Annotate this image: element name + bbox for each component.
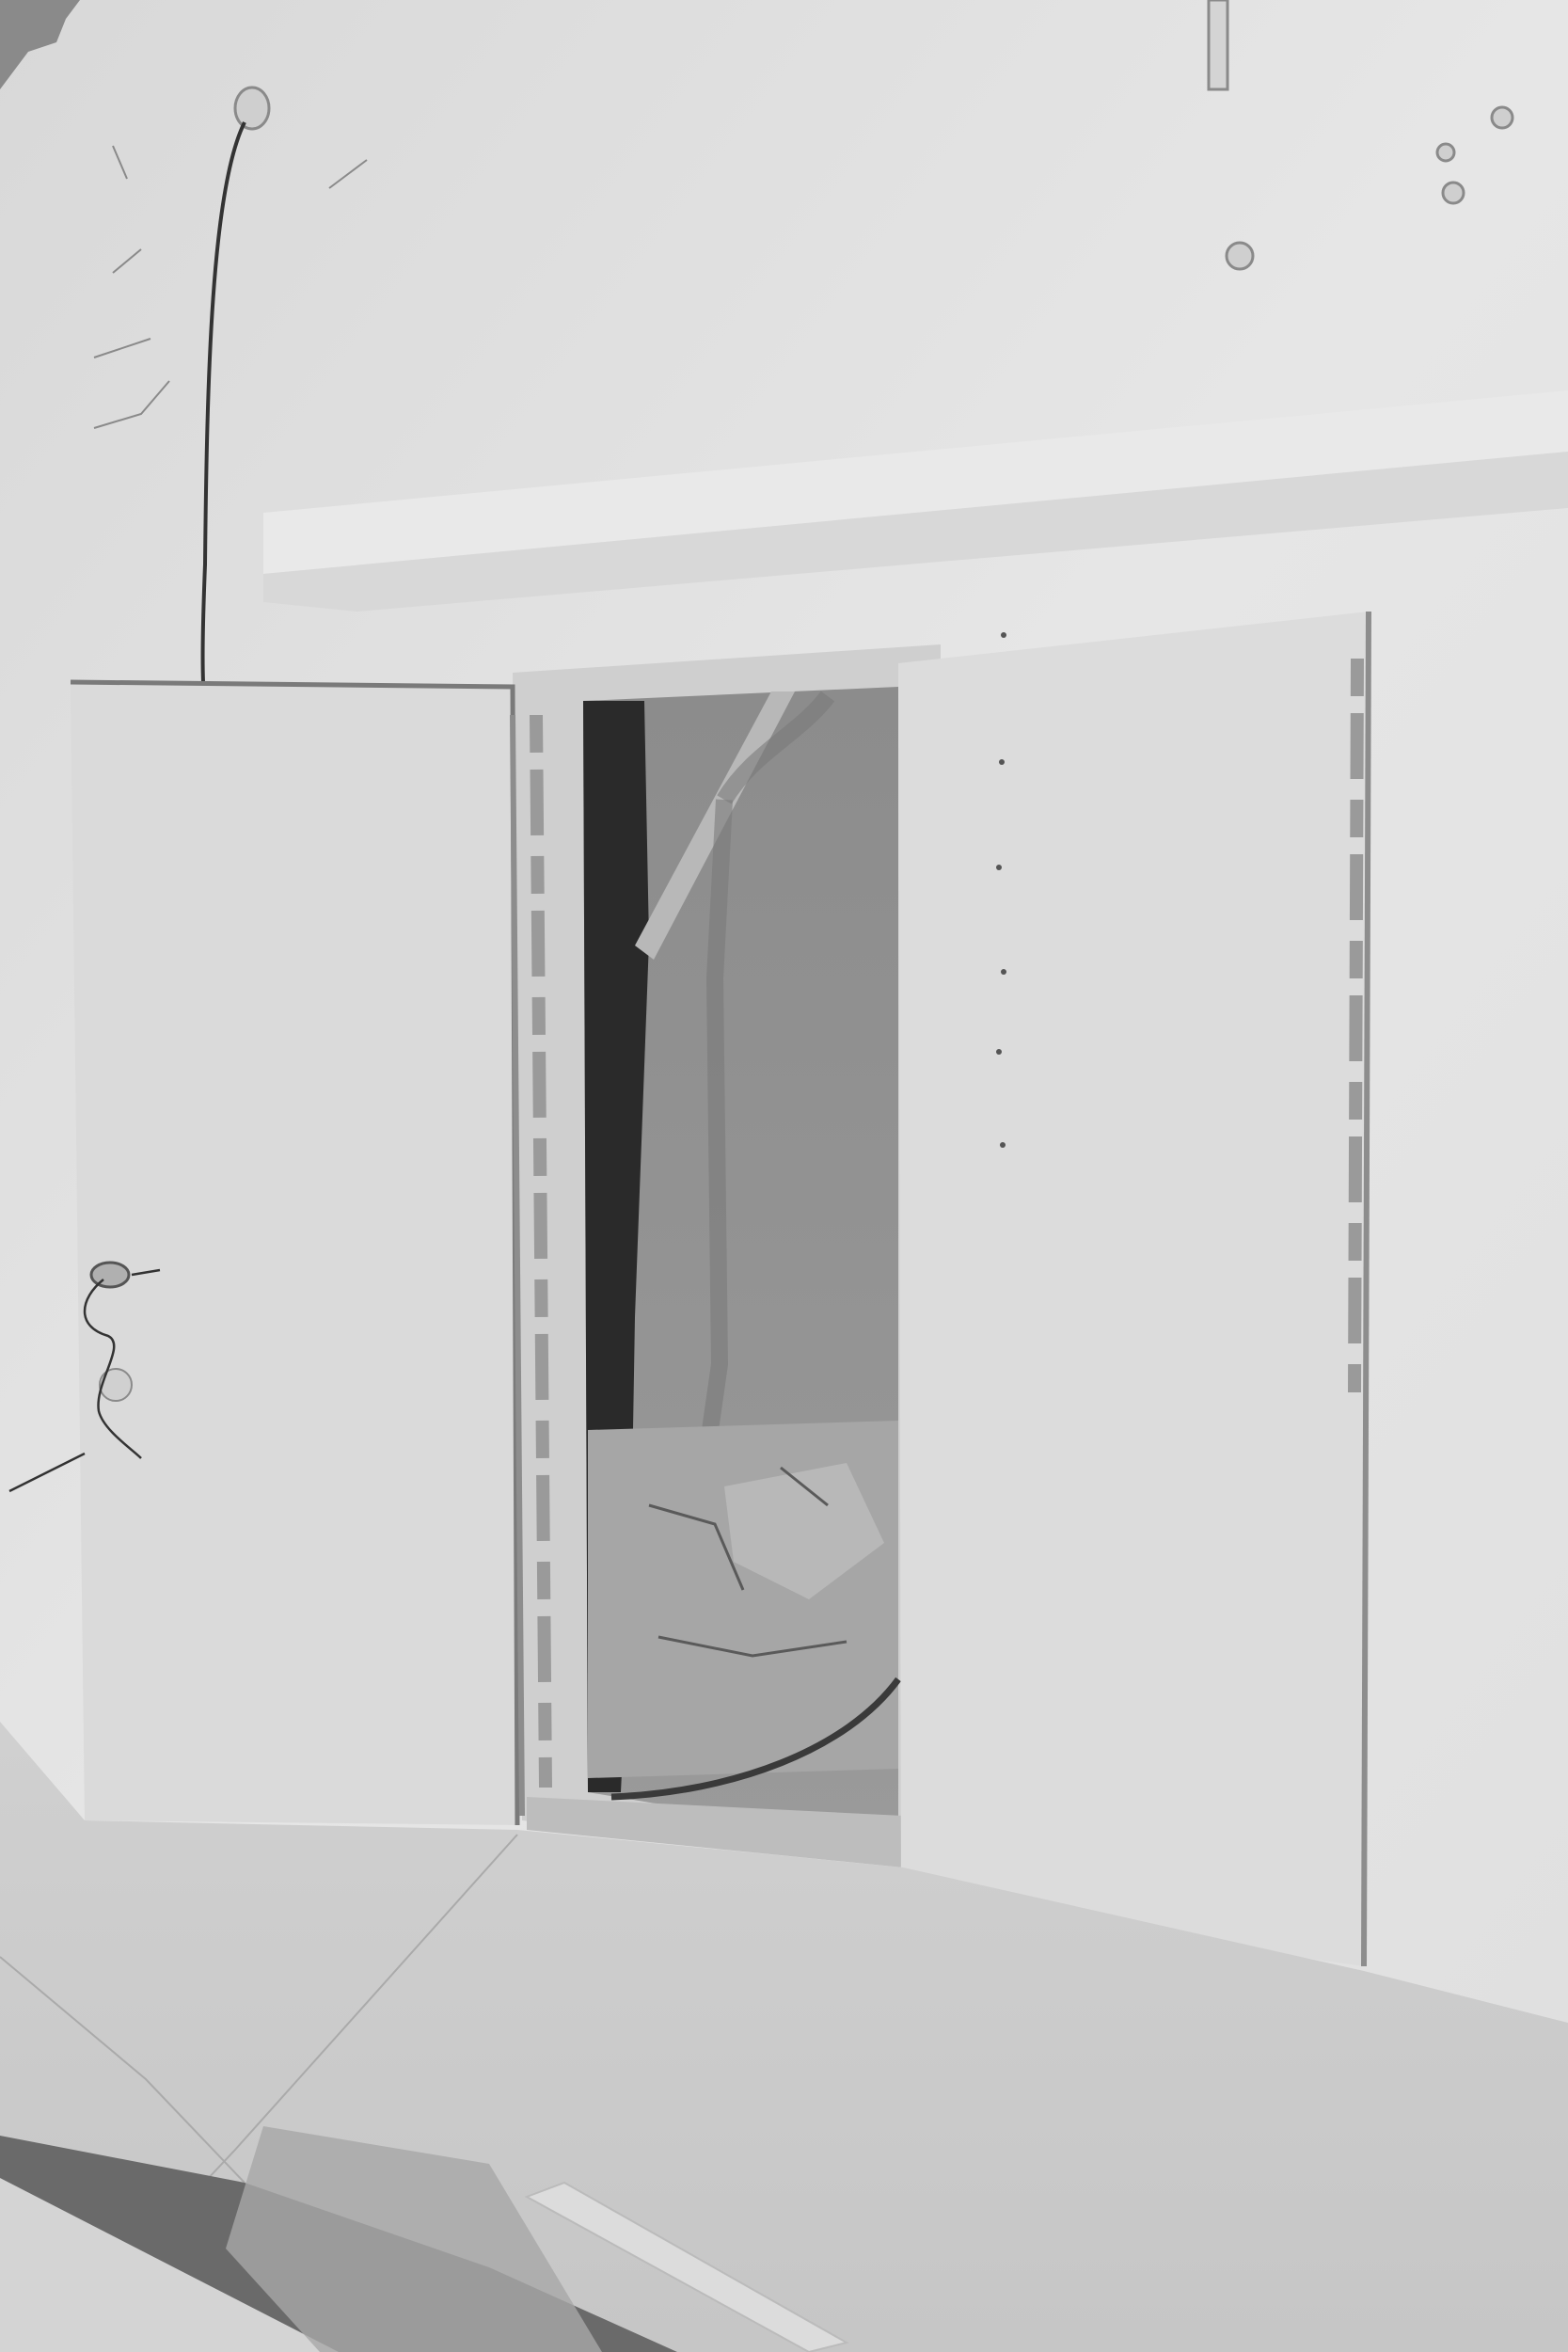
door-lock-icon [100, 1369, 132, 1401]
right-door-hinge-rust [1354, 659, 1357, 1392]
ceiling-fixture-icon [235, 87, 269, 129]
frame-rust [536, 715, 546, 1788]
drain-pipe [710, 800, 724, 1430]
wall-fixture-icon [1492, 107, 1513, 128]
photo-scene [0, 0, 1568, 2352]
wall-bracket [1209, 0, 1227, 89]
wall-fixture-icon [1437, 144, 1454, 161]
door-lock-icon[interactable] [91, 1263, 129, 1287]
right-door[interactable] [898, 612, 1369, 1966]
left-door[interactable] [71, 682, 517, 1825]
wall-fixture-icon [1443, 183, 1464, 203]
wall-fixture-icon [1227, 243, 1253, 269]
